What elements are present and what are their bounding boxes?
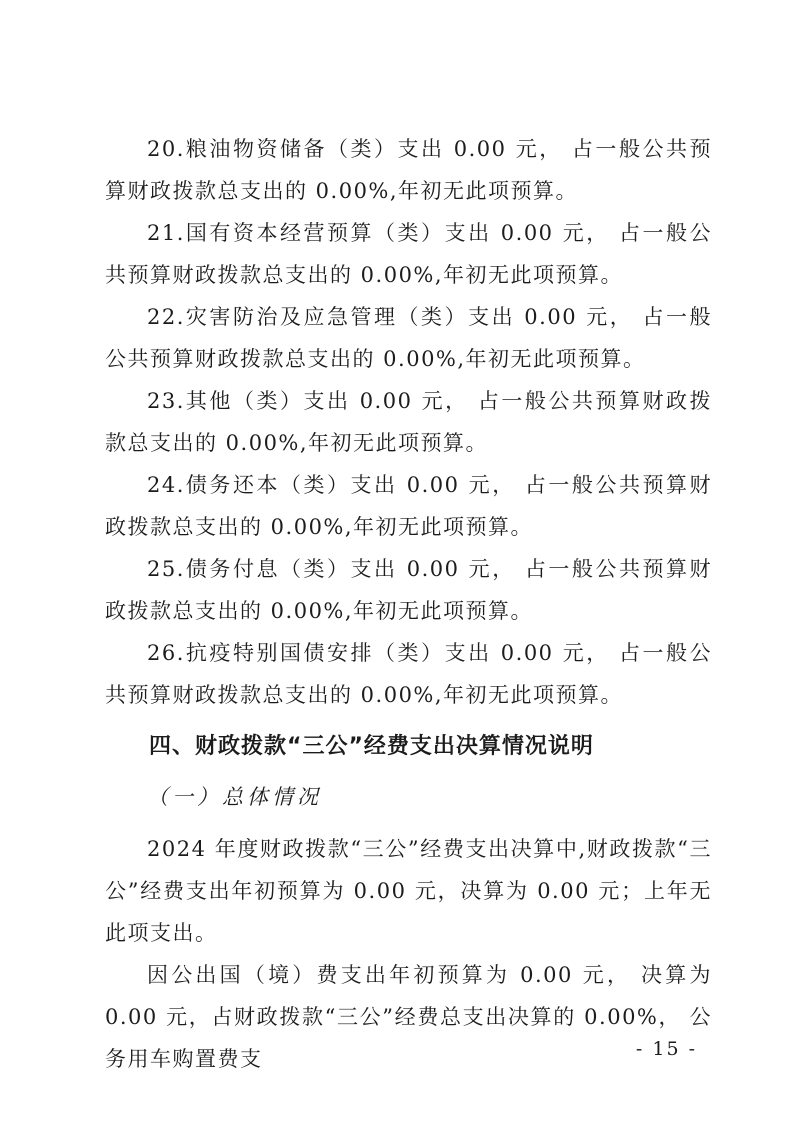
subsection-heading: （一）总体情况: [105, 776, 712, 818]
paragraph-item-26: 26.抗疫特别国债安排（类）支出 0.00 元， 占一般公共预算财政拨款总支出的…: [105, 632, 712, 716]
document-content: 20.粮油物资储备（类）支出 0.00 元， 占一般公共预算财政拨款总支出的 0…: [105, 128, 712, 1080]
paragraph-item-20: 20.粮油物资储备（类）支出 0.00 元， 占一般公共预算财政拨款总支出的 0…: [105, 128, 712, 212]
paragraph-overview: 2024 年度财政拨款“三公”经费支出决算中,财政拨款“三公”经费支出年初预算为…: [105, 828, 712, 954]
page-number: - 15 -: [636, 1038, 697, 1060]
paragraph-item-22: 22.灾害防治及应急管理（类）支出 0.00 元， 占一般公共预算财政拨款总支出…: [105, 296, 712, 380]
paragraph-abroad-expense: 因公出国（境）费支出年初预算为 0.00 元， 决算为 0.00 元，占财政拨款…: [105, 954, 712, 1080]
document-page: 20.粮油物资储备（类）支出 0.00 元， 占一般公共预算财政拨款总支出的 0…: [0, 0, 793, 1122]
paragraph-item-23: 23.其他（类）支出 0.00 元， 占一般公共预算财政拨款总支出的 0.00%…: [105, 380, 712, 464]
section-heading: 四、财政拨款“三公”经费支出决算情况说明: [105, 726, 712, 768]
paragraph-item-21: 21.国有资本经营预算（类）支出 0.00 元， 占一般公共预算财政拨款总支出的…: [105, 212, 712, 296]
paragraph-item-24: 24.债务还本（类）支出 0.00 元， 占一般公共预算财政拨款总支出的 0.0…: [105, 464, 712, 548]
paragraph-item-25: 25.债务付息（类）支出 0.00 元， 占一般公共预算财政拨款总支出的 0.0…: [105, 548, 712, 632]
